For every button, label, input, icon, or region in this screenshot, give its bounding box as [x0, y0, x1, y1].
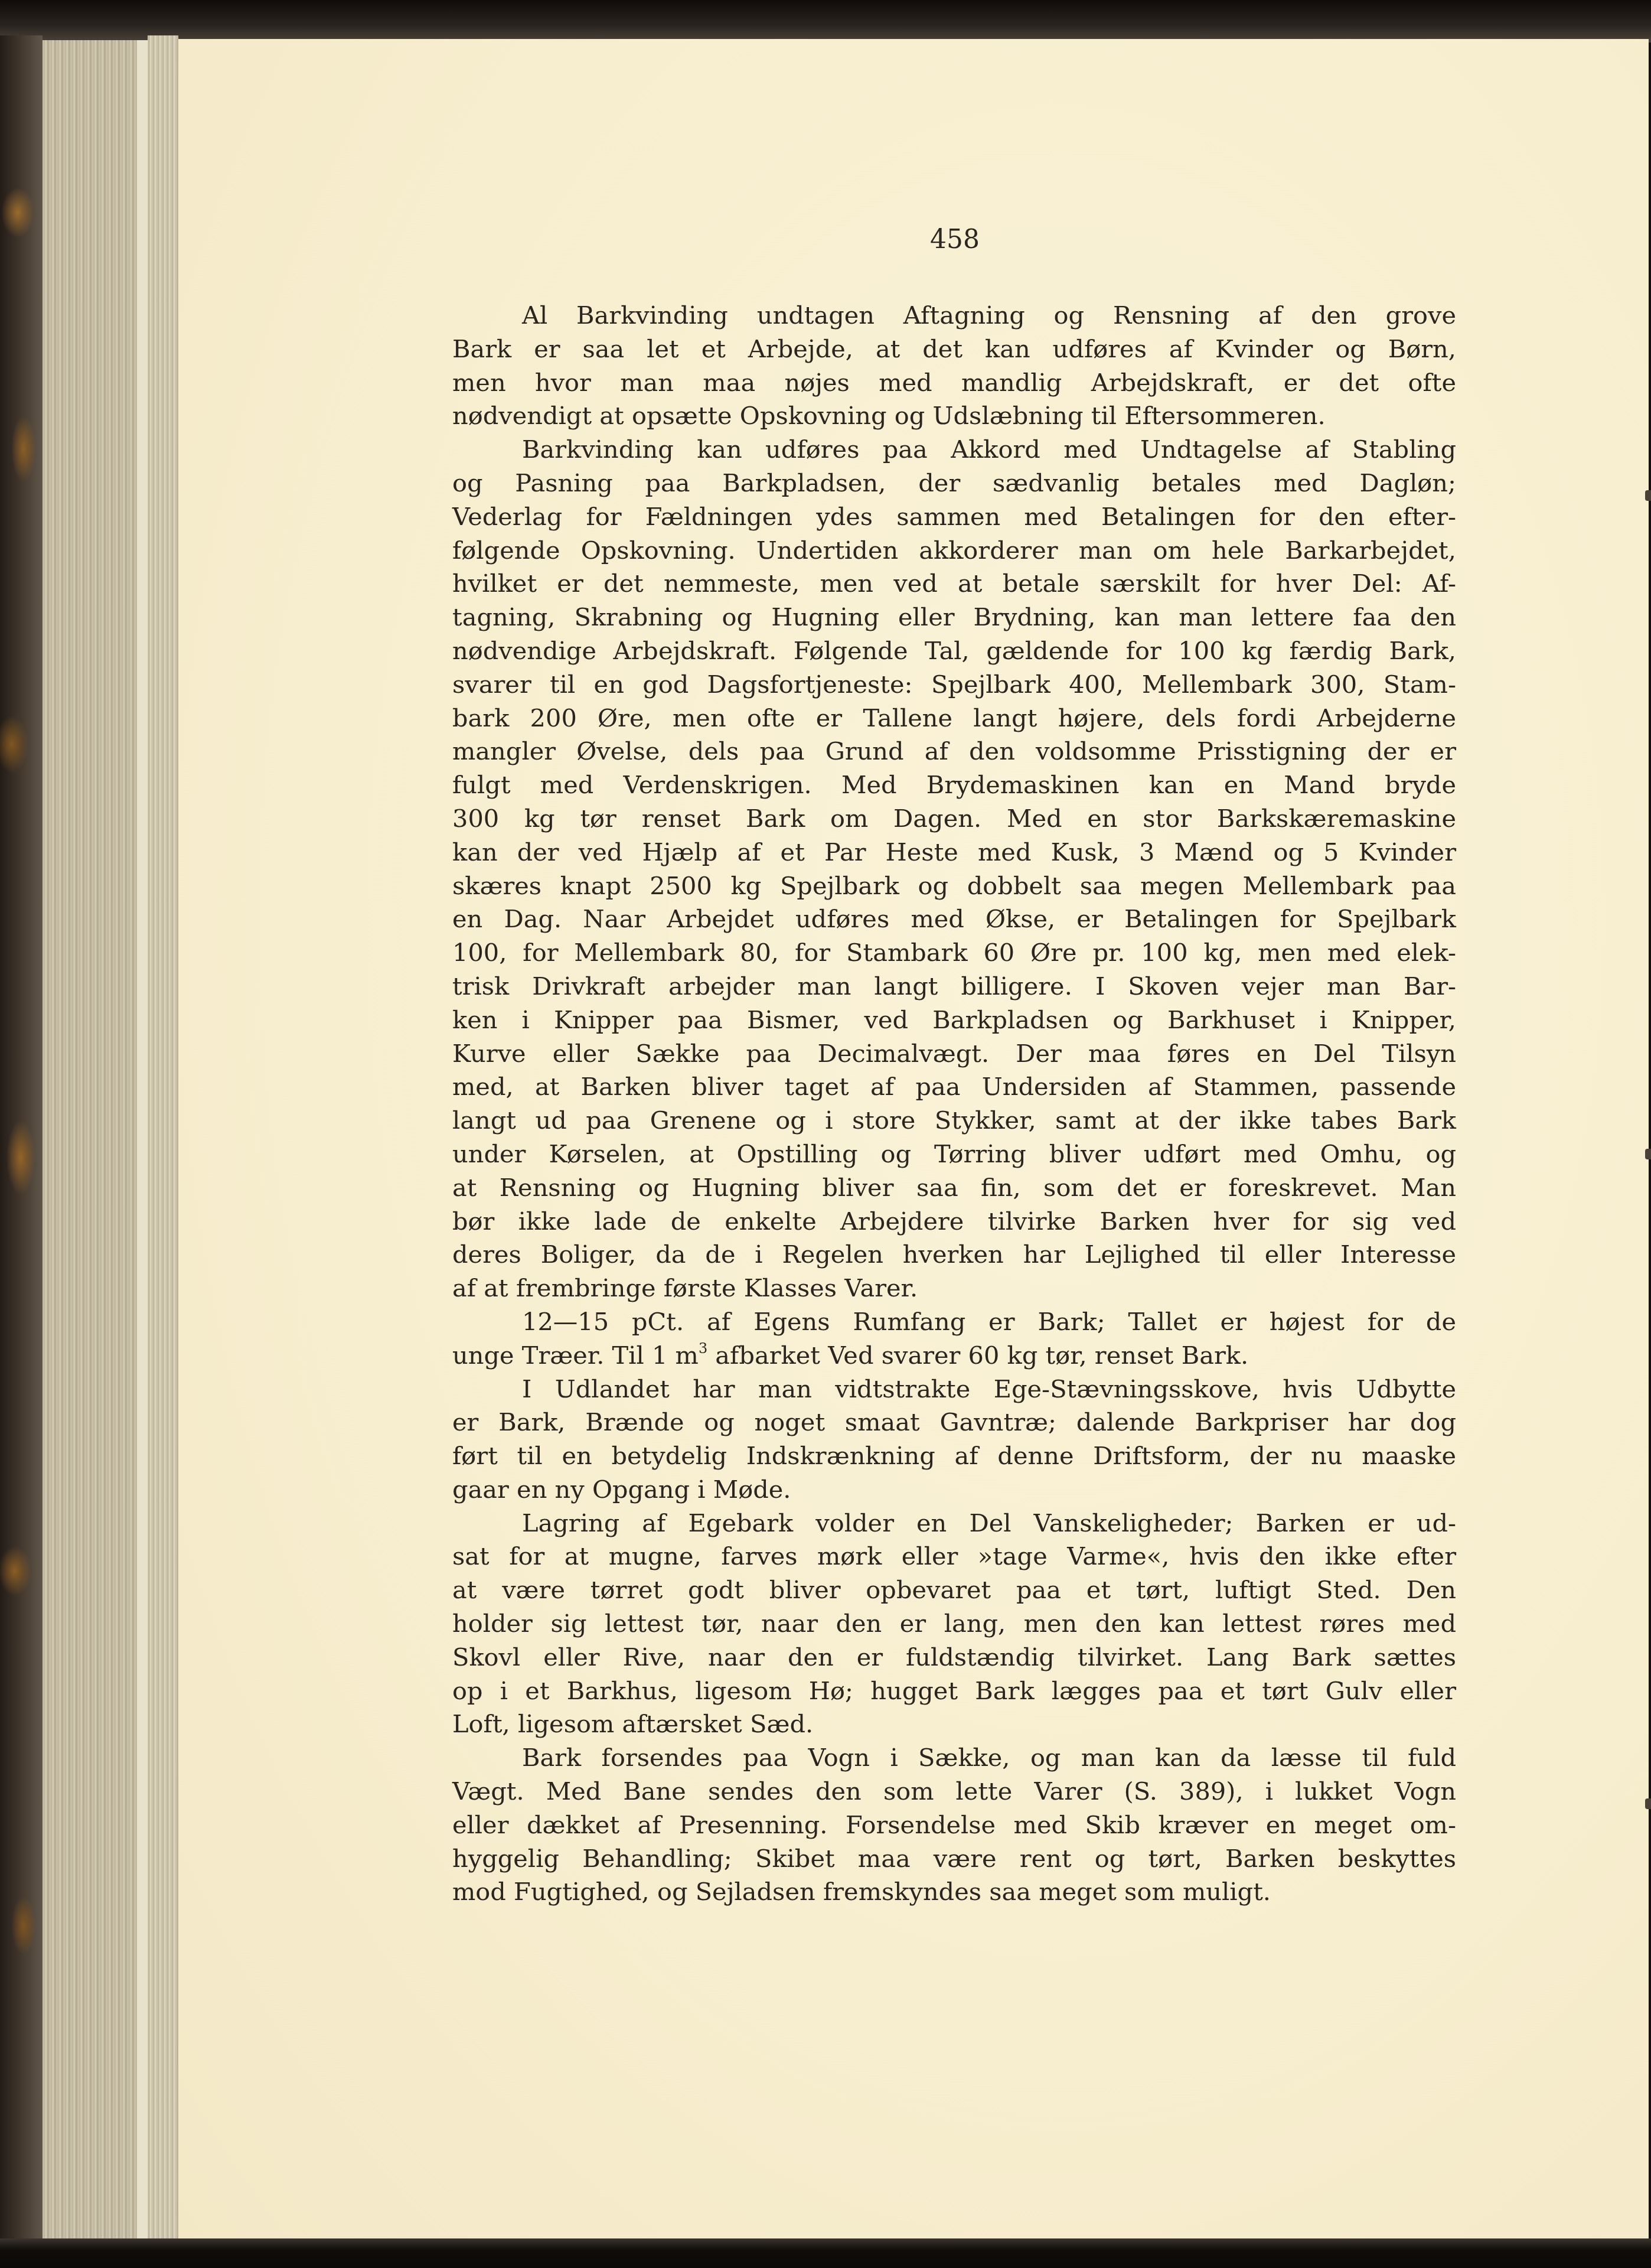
text-line: nødvendigt at opsætte Opskovning og Udsl…	[452, 399, 1456, 433]
page-edge-mark	[1645, 1798, 1651, 1809]
text-segment: unge Træer. Til 1 m	[452, 1341, 699, 1370]
text-line: mod Fugtighed, og Sejladsen fremskyndes …	[452, 1875, 1456, 1909]
text-line: Barkvinding kan udføres paa Akkord med U…	[452, 433, 1456, 467]
text-line: Vederlag for Fældningen ydes sammen med …	[452, 500, 1456, 534]
text-line: Bark forsendes paa Vogn i Sække, og man …	[452, 1741, 1456, 1775]
page-edge-mark	[1645, 490, 1651, 501]
text-line: Loft, ligesom aftærsket Sæd.	[452, 1707, 1456, 1741]
text-line: 12—15 pCt. af Egens Rumfang er Bark; Tal…	[452, 1305, 1456, 1339]
text-line: 100, for Mellembark 80, for Stambark 60 …	[452, 936, 1456, 970]
text-line: af at frembringe første Klasses Varer.	[452, 1272, 1456, 1305]
text-line: 300 kg tør renset Bark om Dagen. Med en …	[452, 802, 1456, 836]
text-line: kan der ved Hjælp af et Par Heste med Ku…	[452, 836, 1456, 869]
text-line: følgende Opskovning. Undertiden akkorder…	[452, 534, 1456, 568]
text-segment: afbarket Ved svarer 60 kg tør, renset Ba…	[707, 1341, 1248, 1370]
text-line: skæres knapt 2500 kg Spejlbark og dobbel…	[452, 869, 1456, 903]
text-line: mangler Øvelse, dels paa Grund af den vo…	[452, 735, 1456, 768]
text-line: trisk Drivkraft arbejder man langt billi…	[452, 970, 1456, 1003]
text-line: ført til en betydelig Indskrænkning af d…	[452, 1439, 1456, 1473]
text-line: Al Barkvinding undtagen Aftagning og Ren…	[452, 299, 1456, 333]
text-line: Lagring af Egebark volder en Del Vanskel…	[452, 1507, 1456, 1540]
text-line: Skovl eller Rive, naar den er fuldstændi…	[452, 1641, 1456, 1674]
text-line-with-superscript: unge Træer. Til 1 m3 afbarket Ved svarer…	[452, 1339, 1456, 1373]
book-cover-bottom	[0, 2238, 1651, 2268]
text-line: I Udlandet har man vidtstrakte Ege-Stævn…	[452, 1373, 1456, 1406]
text-line: gaar en ny Opgang i Møde.	[452, 1473, 1456, 1507]
book-spine	[0, 35, 43, 2241]
text-line: med, at Barken bliver taget af paa Under…	[452, 1070, 1456, 1104]
text-line: men hvor man maa nøjes med mandlig Arbej…	[452, 366, 1456, 400]
page-number: 458	[928, 224, 981, 255]
text-line: holder sig lettest tør, naar den er lang…	[452, 1607, 1456, 1641]
text-line: at være tørret godt bliver opbevaret paa…	[452, 1573, 1456, 1607]
text-line: Vægt. Med Bane sendes den som lette Vare…	[452, 1775, 1456, 1808]
book-cover-top	[0, 0, 1651, 43]
text-line: ken i Knipper paa Bismer, ved Barkpladse…	[452, 1003, 1456, 1037]
text-line: tagning, Skrabning og Hugning eller Bryd…	[452, 601, 1456, 634]
text-line: fulgt med Verdenskrigen. Med Brydemaskin…	[452, 768, 1456, 802]
text-line: op i et Barkhus, ligesom Hø; hugget Bark…	[452, 1674, 1456, 1708]
text-line: bark 200 Øre, men ofte er Tallene langt …	[452, 702, 1456, 735]
text-line: en Dag. Naar Arbejdet udføres med Økse, …	[452, 902, 1456, 936]
text-line: hvilket er det nemmeste, men ved at beta…	[452, 567, 1456, 601]
text-line: Kurve eller Sække paa Decimalvægt. Der m…	[452, 1037, 1456, 1071]
text-line: Bark er saa let et Arbejde, at det kan u…	[452, 333, 1456, 366]
text-line: bør ikke lade de enkelte Arbejdere tilvi…	[452, 1205, 1456, 1239]
page-edge-mark	[1645, 1149, 1651, 1159]
text-line: nødvendige Arbejdskraft. Følgende Tal, g…	[452, 634, 1456, 668]
text-line: langt ud paa Grenene og i store Stykker,…	[452, 1104, 1456, 1138]
superscript: 3	[699, 1340, 707, 1357]
text-line: eller dækket af Presenning. Forsendelse …	[452, 1808, 1456, 1842]
text-line: under Kørselen, at Opstilling og Tørring…	[452, 1138, 1456, 1171]
text-line: er Bark, Brænde og noget smaat Gavntræ; …	[452, 1406, 1456, 1439]
text-line: sat for at mugne, farves mørk eller »tag…	[452, 1540, 1456, 1573]
page-edges-inner	[148, 35, 178, 2241]
text-line: at Rensning og Hugning bliver saa fin, s…	[452, 1171, 1456, 1205]
body-text: Al Barkvinding undtagen Aftagning og Ren…	[452, 299, 1456, 1909]
text-line: hyggelig Behandling; Skibet maa være ren…	[452, 1842, 1456, 1876]
text-line: svarer til en god Dagsfortjeneste: Spejl…	[452, 668, 1456, 702]
text-line: deres Boliger, da de i Regelen hverken h…	[452, 1238, 1456, 1272]
text-line: og Pasning paa Barkpladsen, der sædvanli…	[452, 467, 1456, 500]
